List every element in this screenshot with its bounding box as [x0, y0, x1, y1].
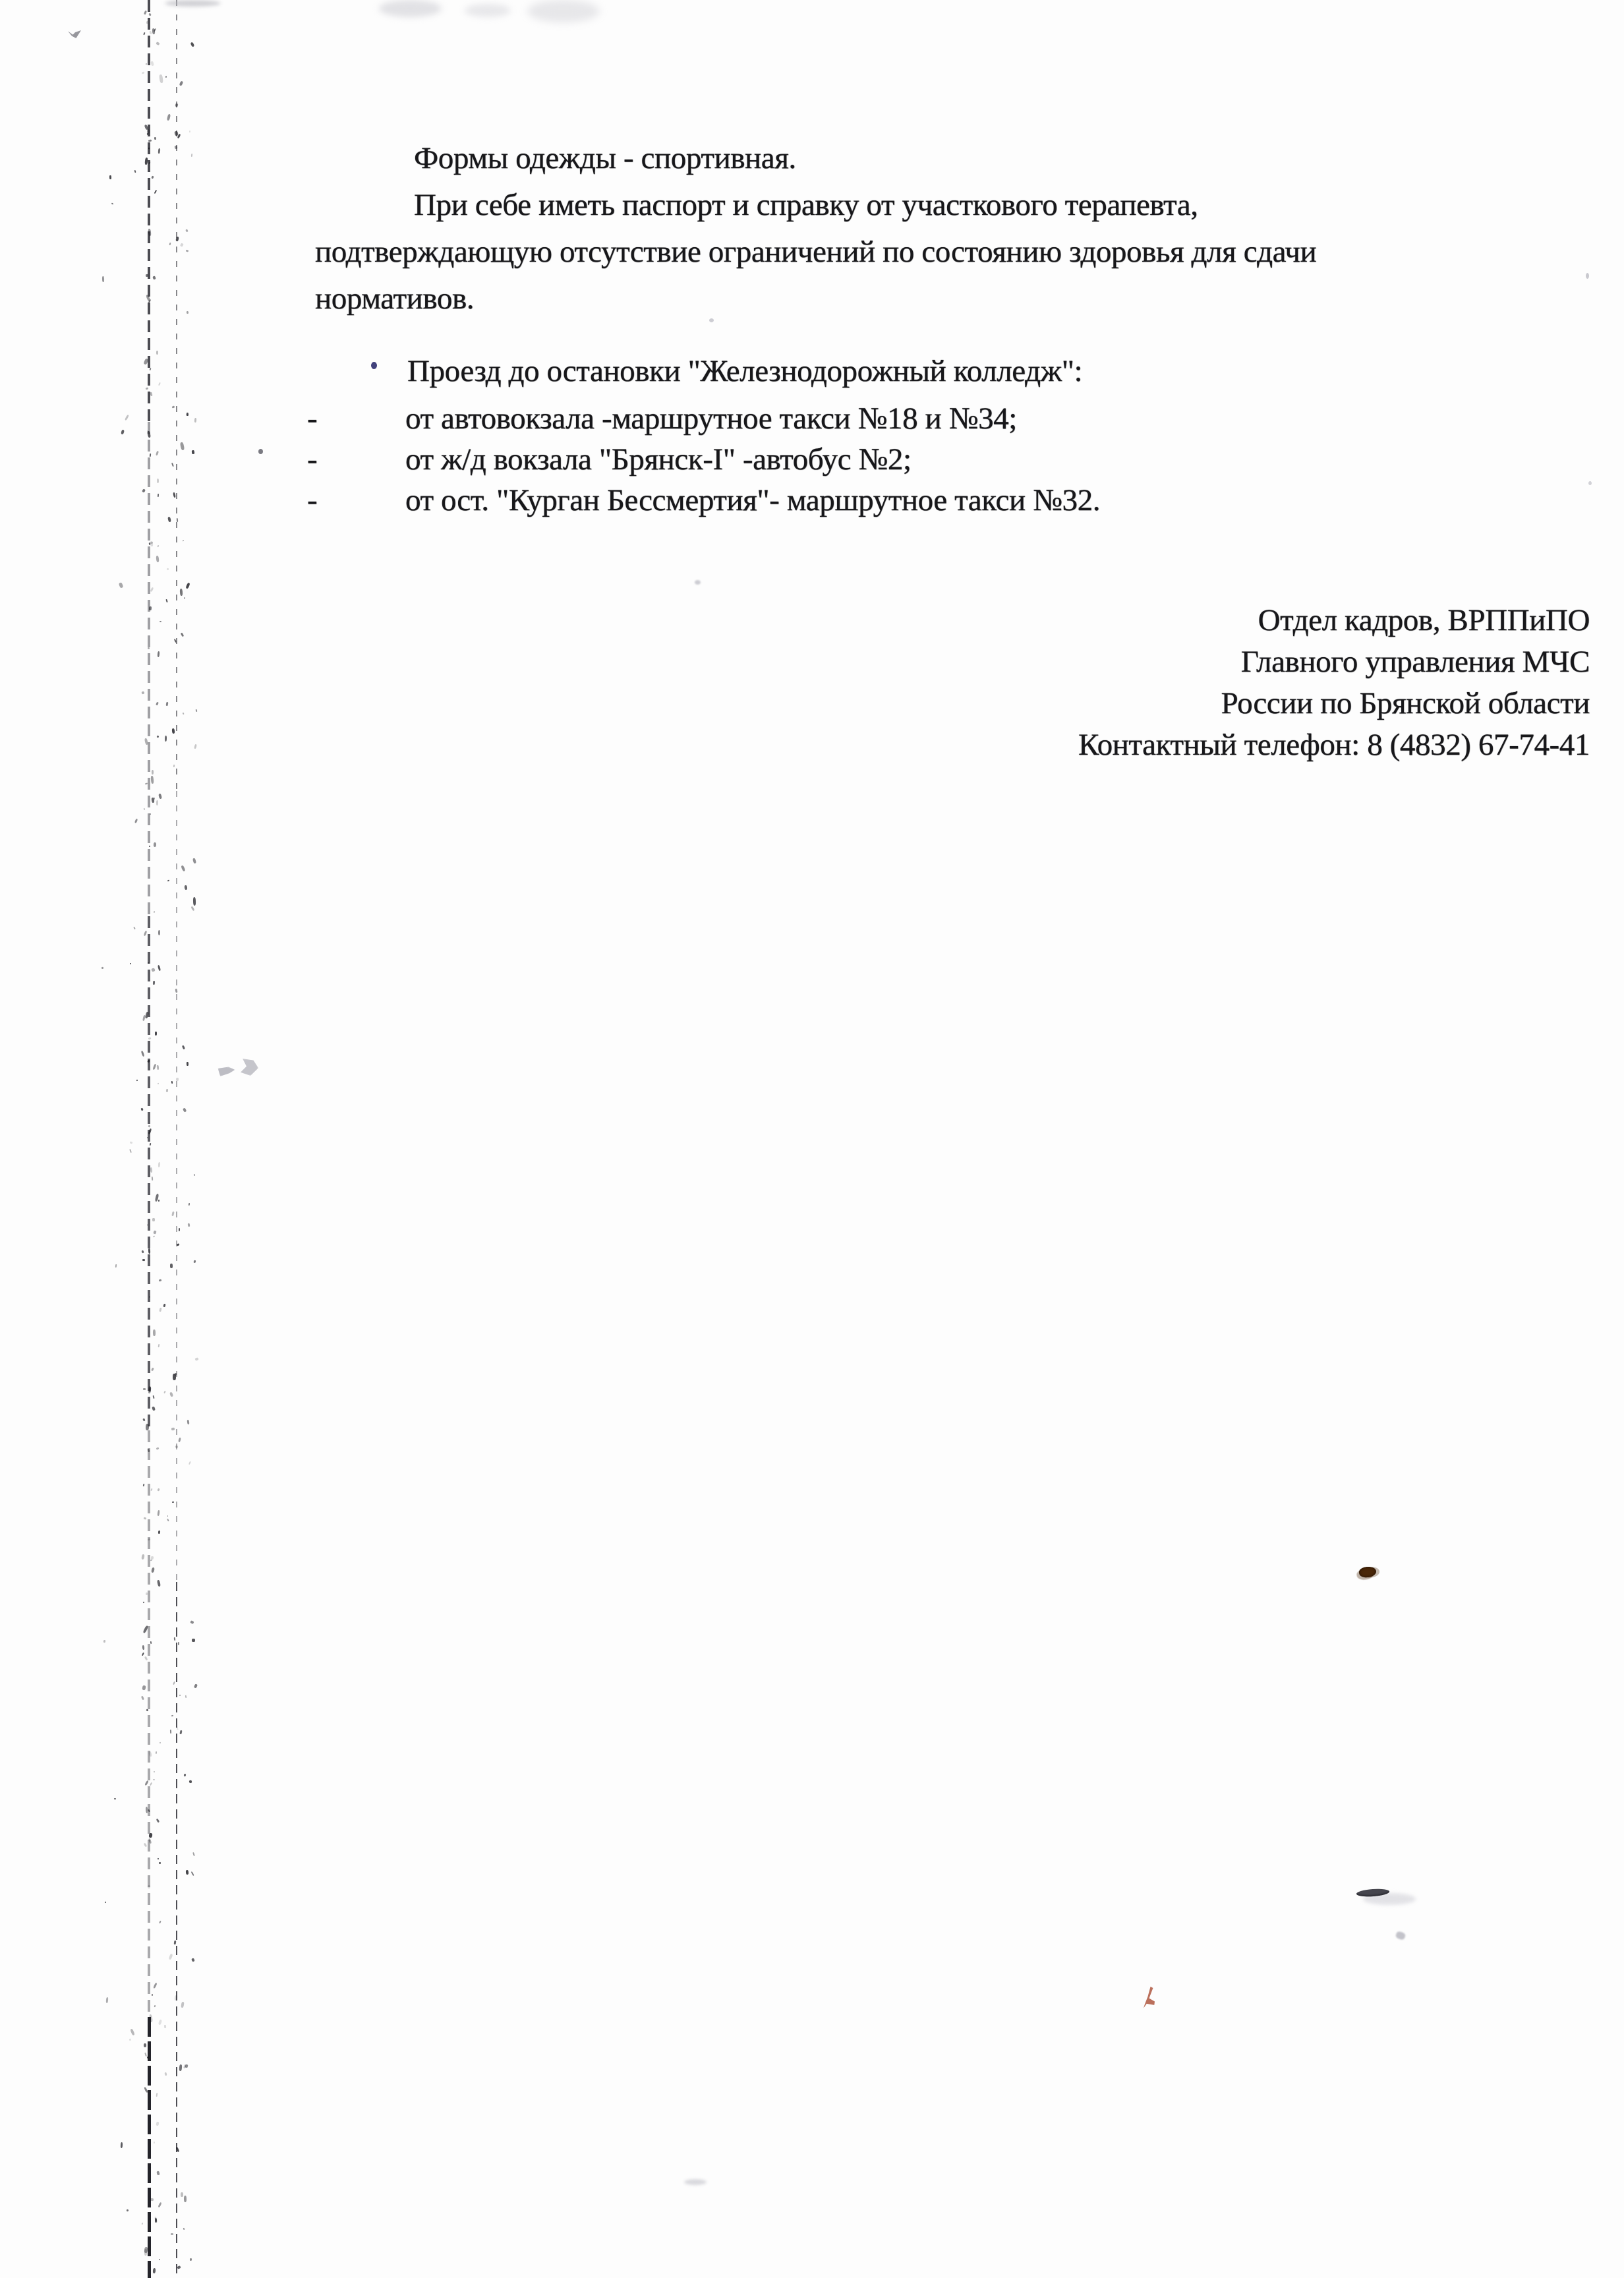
- scan-noise-speck: [158, 1344, 159, 1347]
- scan-noise-speck: [193, 897, 196, 906]
- scan-noise-speck: [175, 1445, 178, 1448]
- scan-noise-speck: [158, 1531, 161, 1534]
- scan-noise-speck: [121, 2142, 123, 2147]
- scan-noise-speck: [148, 140, 151, 142]
- scan-noise-speck: [159, 1921, 161, 1923]
- scan-noise-speck: [174, 639, 177, 643]
- list-dash-marker: -: [307, 438, 317, 481]
- scan-noise-speck: [186, 583, 190, 589]
- scan-noise-speck: [150, 392, 152, 397]
- scan-noise-speck: [147, 1224, 149, 1226]
- scan-noise-speck: [177, 133, 181, 138]
- scan-noise-speck: [185, 2064, 188, 2068]
- scan-noise-speck: [154, 842, 157, 847]
- scan-noise-vline-segment: [148, 0, 150, 422]
- scan-noise-speck: [134, 170, 136, 173]
- scan-noise-speck: [154, 136, 157, 140]
- scan-noise-speck: [150, 541, 154, 544]
- scan-noise-speck: [169, 1391, 173, 1397]
- scan-noise-speck: [141, 1250, 144, 1253]
- scan-noise-speck: [156, 800, 158, 805]
- scan-noise-speck: [158, 1162, 160, 1167]
- scan-noise-speck: [142, 1625, 148, 1633]
- scan-noise-speck: [191, 1958, 194, 1962]
- scan-noise-speck: [171, 1715, 173, 1717]
- scan-noise-speck: [158, 2202, 162, 2208]
- scan-noise-speck: [144, 738, 148, 745]
- scan-noise-speck: [144, 2249, 147, 2256]
- scan-noise-speck: [156, 1447, 159, 1450]
- scan-noise-speck: [159, 74, 163, 83]
- red-ink-mark: [1144, 1987, 1155, 2009]
- scan-noise-speck: [150, 1488, 152, 1491]
- scan-noise-speck: [149, 2014, 153, 2022]
- scan-noise-speck: [183, 540, 185, 541]
- scan-noise-speck: [175, 989, 177, 993]
- scan-noise-speck: [148, 1124, 151, 1127]
- top-edge-smudge: [165, 0, 221, 7]
- list-dash-marker: -: [307, 397, 317, 440]
- scan-noise-speck: [154, 1771, 155, 1772]
- scan-noise-speck: [185, 414, 187, 417]
- scan-noise-speck: [158, 1857, 159, 1859]
- scan-noise-speck: [194, 1174, 196, 1177]
- scan-noise-speck: [185, 1695, 187, 1697]
- scan-noise-speck: [144, 2246, 148, 2253]
- scan-noise-speck: [186, 1869, 189, 1874]
- faint-paper-dot: [695, 580, 701, 585]
- scan-noise-speck: [152, 1064, 156, 1070]
- scan-noise-speck: [150, 2198, 154, 2201]
- scan-noise-speck: [146, 1807, 148, 1813]
- scan-noise-speck: [181, 865, 185, 872]
- scan-noise-speck: [146, 133, 148, 136]
- scan-noise-speck: [177, 2265, 181, 2269]
- scan-noise-speck: [130, 963, 131, 964]
- scan-noise-speck: [153, 1395, 155, 1399]
- scan-noise-speck: [150, 1143, 152, 1146]
- scan-noise-speck: [148, 1128, 152, 1134]
- scan-noise-speck: [121, 429, 125, 434]
- scan-noise-speck: [158, 651, 160, 657]
- scan-noise-speck: [192, 858, 196, 864]
- scan-noise-speck: [148, 2166, 151, 2169]
- list-bullet-dot: [371, 362, 377, 369]
- scan-noise-speck: [125, 414, 129, 420]
- scan-noise-speck: [146, 1592, 148, 1595]
- scan-noise-speck: [157, 1580, 161, 1587]
- scan-noise-speck: [159, 1308, 161, 1312]
- scan-noise-speck: [144, 2043, 146, 2047]
- scan-noise-speck: [173, 765, 175, 768]
- scan-noise-speck: [151, 1567, 155, 1573]
- scan-noise-speck: [148, 1538, 151, 1540]
- scan-noise-speck: [192, 1852, 195, 1856]
- scan-noise-speck: [105, 1901, 106, 1902]
- scan-noise-speck: [157, 736, 159, 738]
- scan-noise-speck: [148, 1386, 152, 1393]
- scan-noise-speck: [150, 61, 154, 65]
- scan-noise-speck: [145, 63, 146, 65]
- scan-noise-speck: [115, 1264, 117, 1268]
- scan-noise-speck: [109, 175, 111, 179]
- scan-noise-speck: [119, 583, 123, 589]
- scan-noise-speck: [148, 962, 149, 964]
- top-edge-smudge: [379, 0, 442, 17]
- scan-noise-speck: [150, 1560, 153, 1562]
- scan-noise-speck: [154, 189, 157, 193]
- scan-noise-speck: [154, 1982, 158, 1988]
- main-paragraphs: Формы одежды - спортивная. При себе имет…: [315, 135, 1316, 322]
- scan-noise-vline-segment: [148, 422, 150, 916]
- scan-noise-speck: [159, 1742, 161, 1743]
- scan-noise-speck: [148, 228, 152, 236]
- scan-noise-speck: [143, 359, 148, 365]
- scan-edge-noise-band: [0, 0, 224, 2278]
- scan-noise-speck: [159, 1862, 161, 1864]
- scan-noise-speck: [142, 2223, 144, 2225]
- scan-noise-speck: [147, 129, 150, 134]
- signature-department: Отдел кадров, ВРППиПО: [1078, 600, 1590, 641]
- scan-noise-speck: [142, 1259, 145, 1261]
- transport-item-row: - от автовокзала -маршрутное такси №18 и…: [315, 397, 1017, 440]
- scan-noise-speck: [147, 430, 150, 437]
- scan-noise-speck: [144, 931, 148, 937]
- scan-noise-speck: [175, 103, 178, 107]
- scan-noise-speck: [144, 808, 145, 810]
- scan-noise-speck: [146, 2056, 149, 2059]
- scan-noise-speck: [179, 2064, 182, 2070]
- scan-noise-speck: [192, 1638, 195, 1641]
- scan-noise-speck: [152, 770, 154, 774]
- scan-noise-speck: [164, 1391, 166, 1393]
- scan-noise-speck: [103, 1640, 105, 1643]
- scan-noise-speck: [129, 1149, 132, 1153]
- scan-noise-speck: [153, 1329, 156, 1336]
- scan-noise-speck: [184, 597, 185, 599]
- scan-noise-speck: [188, 1202, 190, 1205]
- scan-noise-speck: [167, 880, 169, 882]
- scan-noise-speck: [142, 1645, 144, 1650]
- scan-noise-speck: [153, 981, 155, 985]
- scan-noise-speck: [145, 1012, 149, 1018]
- scan-noise-speck: [165, 736, 167, 742]
- faint-paper-dot: [1588, 481, 1592, 485]
- scan-noise-speck: [149, 368, 151, 371]
- scan-noise-speck: [173, 1637, 175, 1641]
- scan-noise-speck: [148, 1037, 152, 1040]
- top-edge-smudge: [465, 4, 511, 17]
- scan-noise-speck: [153, 1231, 156, 1235]
- scan-noise-speck: [148, 1751, 152, 1757]
- scan-noise-speck: [187, 311, 189, 314]
- scan-noise-speck: [151, 1368, 154, 1372]
- scan-noise-speck: [175, 1078, 178, 1082]
- scan-noise-speck: [148, 1833, 152, 1838]
- scan-noise-speck: [148, 1248, 150, 1254]
- scan-noise-speck: [129, 1142, 132, 1144]
- scan-noise-speck: [102, 276, 104, 282]
- gray-speck: [1395, 1931, 1406, 1941]
- scanned-document-page: Формы одежды - спортивная. При себе имет…: [0, 0, 1624, 2278]
- scan-noise-speck: [141, 1695, 144, 1700]
- scan-noise-speck: [190, 1620, 194, 1623]
- scan-noise-speck: [173, 492, 176, 497]
- scan-noise-speck: [143, 32, 145, 35]
- top-edge-smudge: [527, 0, 600, 22]
- scan-noise-speck: [151, 175, 154, 179]
- scan-noise-speck: [152, 1406, 156, 1411]
- scan-noise-speck: [189, 1780, 192, 1783]
- scan-noise-speck: [129, 2039, 130, 2041]
- scan-noise-speck: [152, 276, 156, 279]
- scan-noise-speck: [171, 1427, 175, 1430]
- paragraph-requirements-line: нормативов.: [315, 276, 1316, 322]
- scan-noise-speck: [142, 1015, 146, 1021]
- scan-noise-speck: [154, 910, 156, 913]
- scan-noise-speck: [194, 744, 198, 749]
- scan-noise-speck: [174, 131, 178, 136]
- bottom-edge-smudge: [684, 2179, 707, 2185]
- scan-noise-speck: [147, 1060, 150, 1063]
- scan-noise-speck: [148, 542, 150, 546]
- scan-noise-speck: [148, 1838, 152, 1844]
- scan-noise-speck: [166, 568, 168, 570]
- scan-noise-speck: [193, 1260, 196, 1263]
- scan-noise-vline-segment: [148, 1430, 150, 2017]
- paragraph-requirements-line: подтверждающую отсутствие ограничений по…: [315, 229, 1316, 276]
- scan-noise-speck: [180, 243, 183, 247]
- scan-noise-speck: [171, 1212, 174, 1216]
- scan-noise-speck: [163, 1304, 165, 1307]
- scan-noise-speck: [172, 405, 175, 409]
- scan-noise-speck: [166, 599, 168, 602]
- scan-noise-speck: [126, 2209, 128, 2212]
- scan-noise-speck: [130, 2029, 134, 2036]
- scan-noise-speck: [187, 1419, 190, 1424]
- scan-noise-speck: [167, 114, 171, 121]
- scan-noise-speck: [149, 846, 150, 847]
- scan-noise-speck: [184, 2196, 187, 2202]
- scan-noise-speck: [152, 798, 155, 803]
- scan-noise-speck: [156, 351, 158, 355]
- scan-noise-speck: [143, 1418, 146, 1421]
- scan-noise-speck: [174, 1373, 177, 1376]
- scan-noise-speck: [152, 28, 155, 34]
- scan-noise-speck: [152, 1177, 154, 1181]
- scan-noise-speck: [144, 125, 149, 131]
- scan-noise-speck: [134, 818, 138, 823]
- scan-noise-vline-segment: [176, 0, 177, 791]
- scan-noise-speck: [142, 1388, 145, 1390]
- scan-noise-speck: [142, 1484, 144, 1487]
- transport-item-row: - от ост. "Курган Бессмертия"- маршрутно…: [315, 479, 1100, 521]
- scan-noise-speck: [171, 462, 174, 467]
- scan-noise-speck: [190, 906, 194, 911]
- scan-noise-speck: [158, 930, 160, 935]
- scan-noise-speck: [148, 147, 149, 149]
- scan-noise-speck: [148, 1387, 151, 1393]
- scan-noise-speck: [167, 1515, 169, 1516]
- scan-noise-speck: [156, 2093, 158, 2097]
- scan-noise-speck: [158, 148, 159, 154]
- scan-noise-speck: [156, 450, 159, 455]
- scan-noise-speck: [191, 154, 193, 157]
- scan-noise-speck: [148, 1809, 150, 1812]
- scan-noise-speck: [157, 494, 158, 497]
- scan-noise-speck: [156, 1818, 159, 1823]
- scan-noise-speck: [136, 1079, 138, 1081]
- transport-heading-row: Проезд до остановки "Железнодорожный кол…: [315, 347, 1082, 395]
- scan-noise-speck: [153, 2268, 156, 2274]
- scan-noise-speck: [158, 382, 161, 386]
- scan-noise-speck: [155, 1194, 159, 1202]
- scan-noise-speck: [146, 1708, 149, 1711]
- scan-noise-speck: [150, 1167, 153, 1172]
- scan-noise-speck: [152, 1778, 154, 1780]
- transport-item-text: от автовокзала -маршрутное такси №18 и №…: [315, 397, 1017, 440]
- scan-noise-speck: [186, 229, 188, 232]
- scan-noise-speck: [142, 1685, 146, 1690]
- scan-noise-speck: [158, 793, 162, 798]
- gray-chevron-mark: [68, 30, 81, 38]
- scan-noise-speck: [147, 1137, 148, 1139]
- scan-noise-speck: [158, 1488, 160, 1492]
- transport-item-row: - от ж/д вокзала "Брянск-I" -автобус №2;: [315, 438, 912, 481]
- transport-item-text: от ост. "Курган Бессмертия"- маршрутное …: [315, 479, 1100, 521]
- scan-noise-speck: [145, 274, 148, 276]
- transport-item-text: от ж/д вокзала "Брянск-I" -автобус №2;: [315, 438, 912, 481]
- scan-noise-speck: [169, 242, 170, 245]
- scan-noise-speck: [173, 1374, 175, 1380]
- scan-noise-speck: [157, 479, 159, 483]
- list-dash-marker: -: [307, 479, 317, 521]
- scan-noise-speck: [106, 1997, 109, 2002]
- scan-noise-speck: [148, 647, 150, 650]
- signature-region: России по Брянской области: [1078, 683, 1590, 724]
- scan-noise-speck: [144, 158, 148, 165]
- scan-noise-speck: [147, 430, 148, 432]
- scan-noise-speck: [171, 728, 175, 734]
- paragraph-uniform: Формы одежды - спортивная.: [315, 135, 1316, 182]
- scan-noise-speck: [167, 517, 171, 523]
- scan-noise-speck: [144, 1842, 148, 1847]
- gray-pencil-mark: [239, 1059, 258, 1076]
- scan-noise-speck: [157, 2171, 160, 2175]
- scan-noise-speck: [152, 1218, 155, 1221]
- scan-noise-speck: [142, 1652, 144, 1656]
- signature-contact-phone: Контактный телефон: 8 (4832) 67-74-41: [1078, 724, 1590, 766]
- scan-noise-vline-segment: [148, 2017, 151, 2278]
- scan-noise-speck: [178, 1642, 179, 1645]
- scan-noise-speck: [170, 1264, 173, 1268]
- scan-noise-speck: [194, 1358, 198, 1361]
- scan-noise-speck: [157, 1083, 158, 1084]
- scan-noise-speck: [165, 702, 168, 706]
- scan-noise-speck: [150, 1641, 152, 1644]
- scan-noise-speck: [150, 776, 154, 784]
- scan-noise-speck: [181, 2192, 183, 2197]
- scan-noise-speck: [183, 1107, 187, 1112]
- scan-noise-speck: [188, 1223, 190, 1227]
- scan-noise-speck: [173, 1941, 175, 1944]
- scan-noise-speck: [154, 2218, 156, 2223]
- scan-noise-speck: [148, 1449, 150, 1453]
- scan-noise-speck: [141, 1050, 145, 1056]
- scan-noise-speck: [146, 294, 151, 302]
- scan-noise-speck: [149, 31, 152, 35]
- scan-noise-speck: [156, 42, 160, 45]
- scan-noise-speck: [146, 1812, 148, 1814]
- scan-noise-speck: [183, 2064, 187, 2069]
- scan-noise-speck: [191, 1871, 194, 1875]
- scan-noise-speck: [144, 1780, 149, 1786]
- scan-noise-speck: [148, 606, 151, 610]
- scan-noise-speck: [159, 621, 161, 623]
- scan-noise-speck: [150, 1782, 152, 1786]
- scan-noise-speck: [152, 1994, 153, 1996]
- scan-noise-speck: [196, 709, 198, 713]
- scan-noise-speck: [154, 28, 156, 32]
- scan-noise-speck: [179, 1695, 181, 1697]
- scan-noise-speck: [149, 453, 150, 457]
- scan-noise-speck: [146, 21, 149, 24]
- gray-pencil-mark: [217, 1065, 235, 1078]
- faint-paper-dot: [1586, 273, 1589, 279]
- scan-noise-speck: [176, 1726, 179, 1731]
- scan-noise-speck: [158, 1200, 159, 1202]
- scan-noise-speck: [153, 1236, 155, 1238]
- scan-noise-speck: [180, 632, 183, 636]
- scan-noise-speck: [157, 544, 159, 546]
- scan-noise-speck: [164, 2072, 167, 2076]
- scan-noise-speck: [185, 250, 188, 252]
- scan-noise-speck: [176, 1244, 179, 1246]
- paragraph-requirements-line: При себе иметь паспорт и справку от учас…: [315, 182, 1316, 229]
- scan-noise-speck: [174, 1995, 177, 2001]
- scan-noise-speck: [171, 1081, 173, 1084]
- scan-noise-speck: [148, 299, 151, 303]
- scan-noise-speck: [171, 2233, 173, 2235]
- scan-noise-speck: [154, 2004, 156, 2006]
- scan-noise-speck: [174, 145, 177, 149]
- ink-dot: [258, 449, 263, 454]
- scan-noise-speck: [156, 2122, 159, 2126]
- scan-noise-speck: [175, 237, 179, 242]
- smudge-halo: [1363, 1893, 1416, 1905]
- scan-noise-speck: [114, 1798, 116, 1799]
- scan-noise-speck: [187, 1062, 188, 1066]
- scan-noise-speck: [168, 1953, 173, 1960]
- scan-noise-speck: [150, 587, 154, 591]
- scan-noise-speck: [146, 1424, 149, 1430]
- scan-noise-speck: [154, 2142, 156, 2144]
- scan-noise-speck: [111, 202, 113, 204]
- scan-noise-speck: [150, 540, 152, 546]
- scan-noise-speck: [178, 1438, 181, 1443]
- scan-noise-speck: [182, 713, 184, 715]
- scan-noise-vline-segment: [176, 1582, 177, 2278]
- scan-noise-speck: [157, 1065, 159, 1070]
- scan-noise-speck: [182, 1045, 185, 1050]
- scan-noise-speck: [157, 1510, 159, 1517]
- scan-noise-speck: [179, 81, 183, 86]
- scan-noise-speck: [180, 589, 183, 596]
- scan-noise-speck: [133, 926, 136, 929]
- scan-noise-speck: [170, 1730, 171, 1734]
- scan-noise-speck: [188, 1461, 190, 1465]
- scan-noise-speck: [184, 1774, 186, 1776]
